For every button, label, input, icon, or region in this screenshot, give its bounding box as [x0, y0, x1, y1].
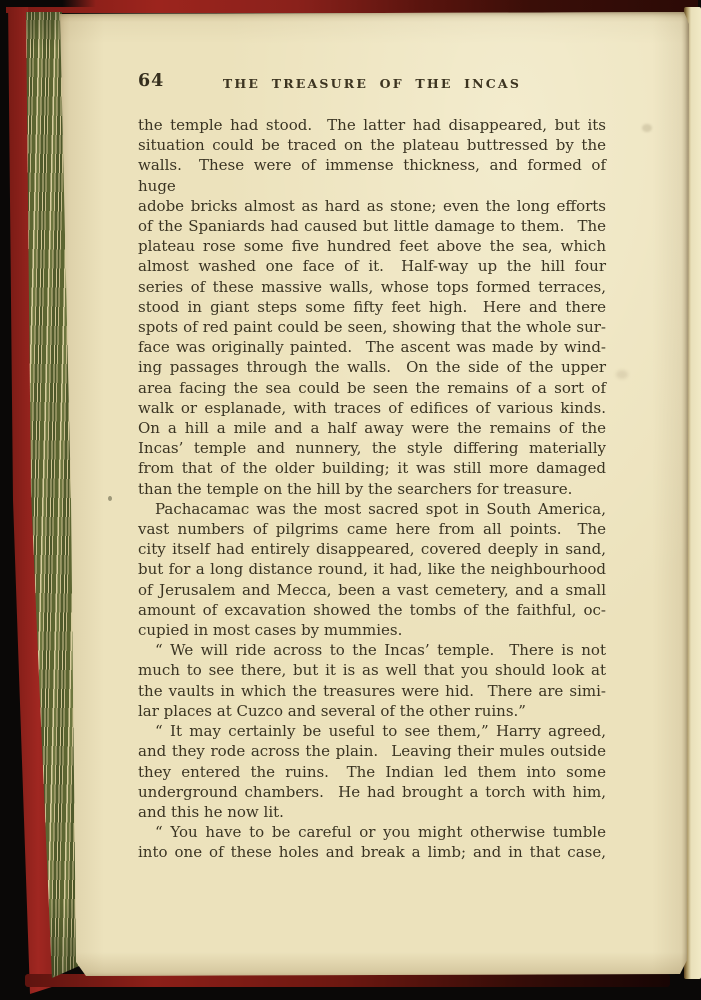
text-line: city itself had entirely disappeared, co…	[138, 539, 606, 559]
text-line: underground chambers. He had brought a t…	[138, 782, 606, 802]
paper-speck	[642, 124, 652, 132]
text-line: they entered the ruins. The Indian led t…	[138, 762, 606, 782]
text-line: into one of these holes and break a limb…	[138, 842, 606, 862]
text-line: “ You have to be careful or you might ot…	[138, 822, 606, 842]
text-line: but for a long distance round, it had, l…	[138, 559, 606, 579]
text-line: walls. These were of immense thickness, …	[138, 155, 606, 195]
text-line: ing passages through the walls. On the s…	[138, 357, 606, 377]
text-line: cupied in most cases by mummies.	[138, 620, 606, 640]
background-shadow-corner	[0, 0, 96, 7]
running-title: THE TREASURE OF THE INCAS	[223, 76, 521, 91]
text-line: the vaults in which the treasures were h…	[138, 681, 606, 701]
text-line: On a hill a mile and a half away were th…	[138, 418, 606, 438]
text-line: stood in giant steps some fifty feet hig…	[138, 297, 606, 317]
text-line: amount of excavation showed the tombs of…	[138, 600, 606, 620]
text-line: much to see there, but it is as well tha…	[138, 660, 606, 680]
text-line: face was originally painted. The ascent …	[138, 337, 606, 357]
text-line: plateau rose some five hundred feet abov…	[138, 236, 606, 256]
text-line: lar places at Cuzco and several of the o…	[138, 701, 606, 721]
text-line: Pachacamac was the most sacred spot in S…	[138, 499, 606, 519]
text-line: vast numbers of pilgrims came here from …	[138, 519, 606, 539]
text-line: from that of the older building; it was …	[138, 458, 606, 478]
text-line: the temple had stood. The latter had dis…	[138, 115, 606, 135]
text-line: spots of red paint could be seen, showin…	[138, 317, 606, 337]
text-line: adobe bricks almost as hard as stone; ev…	[138, 196, 606, 216]
text-line: almost washed one face of it. Half-way u…	[138, 256, 606, 276]
text-line: and they rode across the plain. Leaving …	[138, 741, 606, 761]
text-line: of the Spaniards had caused but little d…	[138, 216, 606, 236]
text-line: series of these massive walls, whose top…	[138, 277, 606, 297]
text-line: of Jerusalem and Mecca, been a vast ceme…	[138, 580, 606, 600]
paper-speck	[616, 370, 628, 379]
text-line: Incas’ temple and nunnery, the style dif…	[138, 438, 606, 458]
text-line: walk or esplanade, with traces of edific…	[138, 398, 606, 418]
page-number: 64	[138, 72, 164, 90]
paper-speck	[108, 496, 112, 501]
book-cover-bottom-edge	[25, 974, 670, 987]
text-line: and this he now lit.	[138, 802, 606, 822]
text-line: situation could be traced on the plateau…	[138, 135, 606, 155]
book-page: 64 THE TREASURE OF THE INCAS the temple …	[56, 12, 690, 978]
text-line: “ It may certainly be useful to see them…	[138, 721, 606, 741]
text-line: than the temple on the hill by the searc…	[138, 479, 606, 499]
text-line: area facing the sea could be seen the re…	[138, 378, 606, 398]
running-header: 64 THE TREASURE OF THE INCAS	[138, 75, 606, 93]
book-cover-top-edge	[6, 0, 698, 13]
book-photograph: { "page": { "number": "64", "running_tit…	[0, 0, 701, 1000]
body-text: the temple had stood. The latter had dis…	[138, 115, 606, 863]
text-line: “ We will ride across to the Incas’ temp…	[138, 640, 606, 660]
